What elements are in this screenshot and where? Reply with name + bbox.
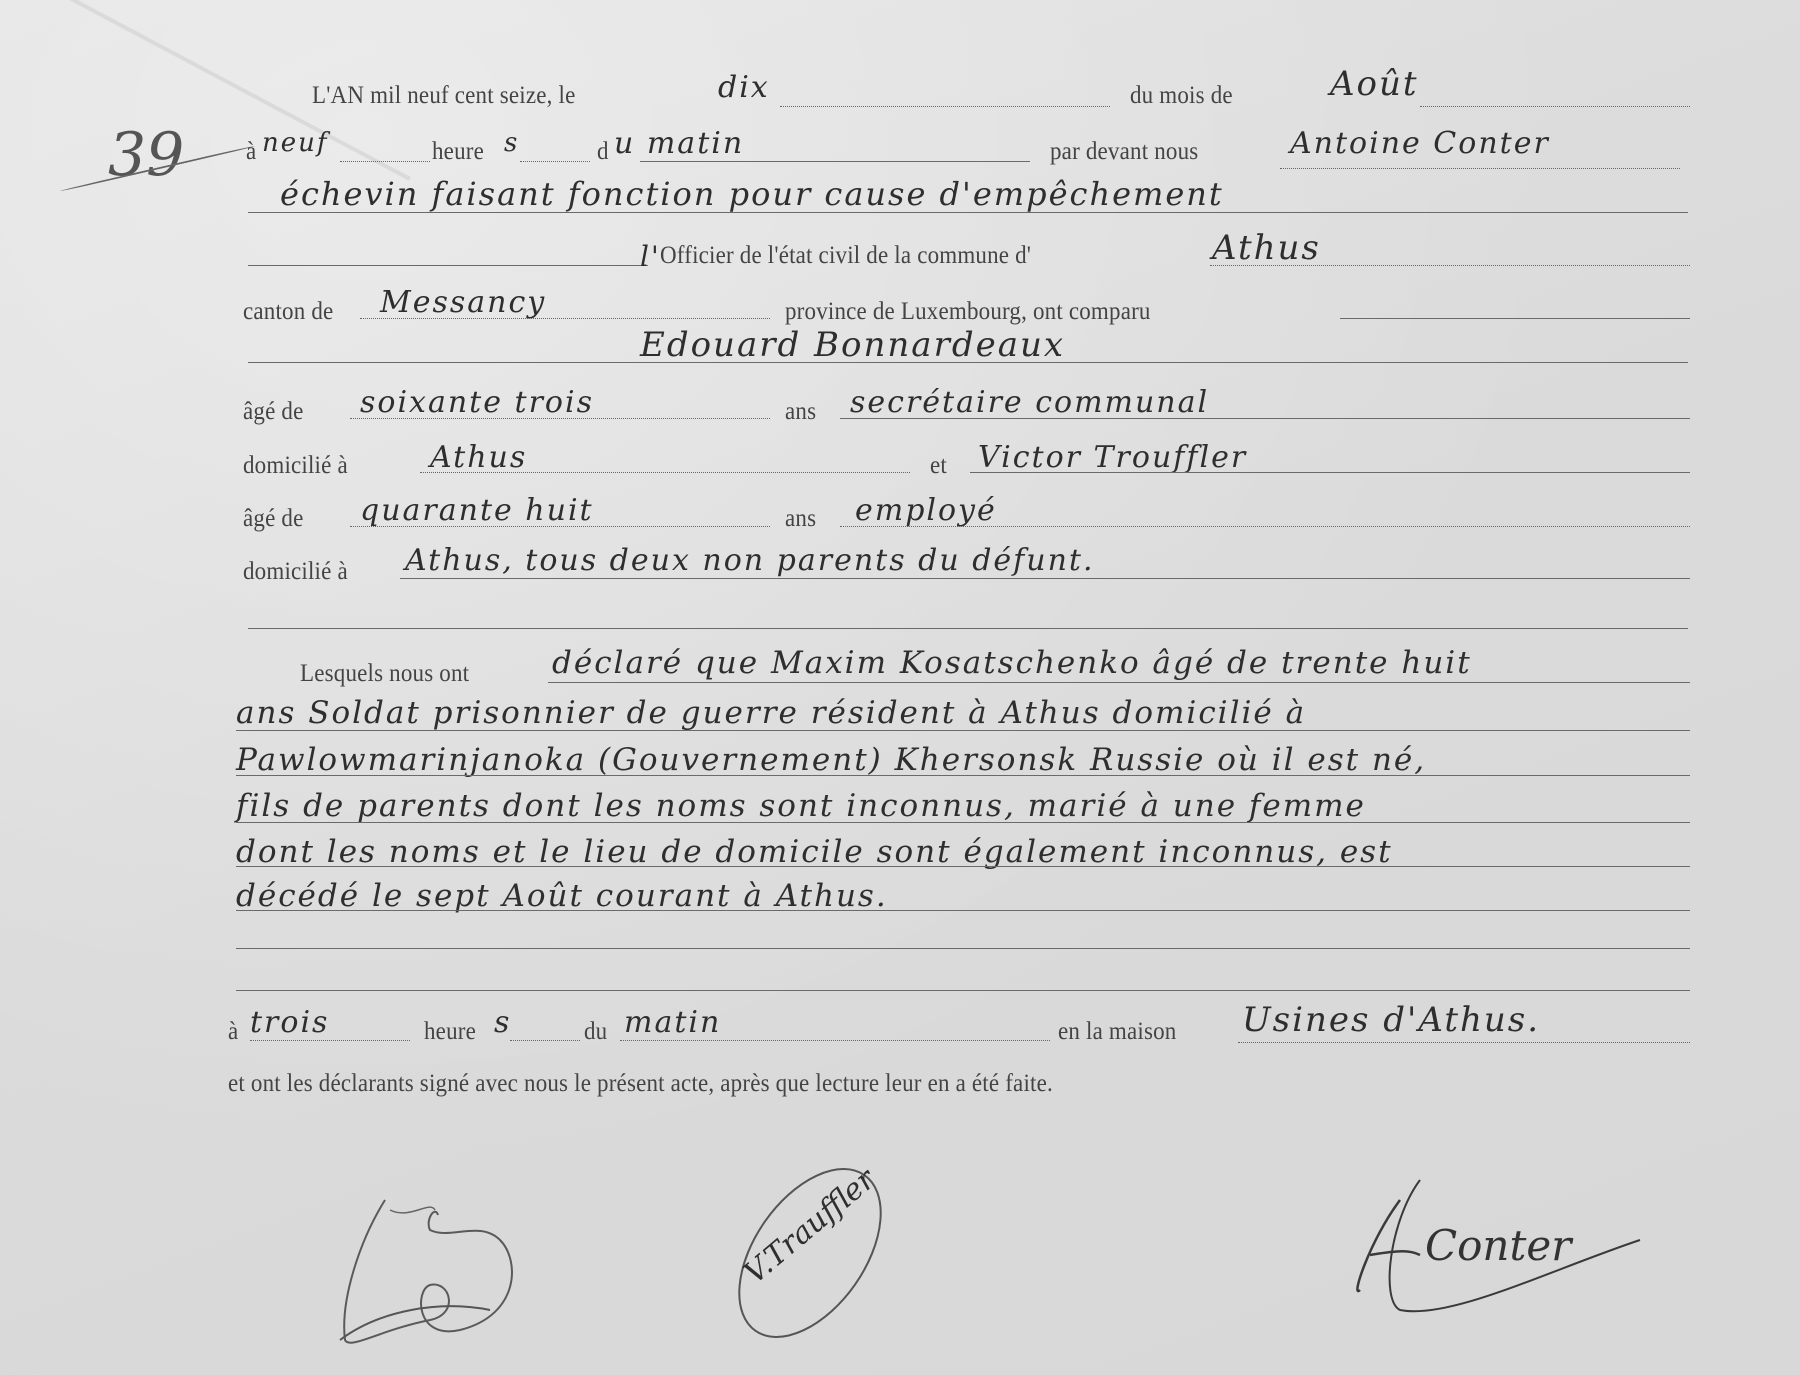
printed-domicile-label: domicilié à <box>243 452 348 480</box>
rule-line <box>236 822 1690 823</box>
printed-ans: ans <box>785 398 816 426</box>
dotted-line <box>1238 1042 1690 1043</box>
handwritten-morning: u matin <box>614 126 744 161</box>
printed-ans-2: ans <box>785 505 816 533</box>
dotted-line <box>350 418 770 419</box>
printed-lesquels: Lesquels nous ont <box>300 660 469 688</box>
dotted-line <box>780 106 1110 107</box>
rule-line <box>236 990 1690 991</box>
handwritten-declaration-4: fils de parents dont les noms sont incon… <box>236 788 1366 824</box>
handwritten-age2: quarante huit <box>360 493 594 528</box>
handwritten-day: dix <box>718 70 770 105</box>
handwritten-declarant1-name: Edouard Bonnardeaux <box>640 325 1065 365</box>
rule-line <box>236 910 1690 911</box>
dotted-line <box>340 161 430 162</box>
printed-closing-statement: et ont les déclarants signé avec nous le… <box>228 1070 1053 1098</box>
rule-line <box>640 161 1030 162</box>
signature-left <box>320 1180 620 1360</box>
rule-line <box>248 212 1688 213</box>
rule-line <box>236 866 1690 867</box>
printed-canton: canton de <box>243 298 333 326</box>
handwritten-l-apostrophe: l' <box>640 240 661 273</box>
printed-et: et <box>930 452 947 480</box>
rule-line <box>236 730 1690 731</box>
printed-age-label: âgé de <box>243 398 303 426</box>
rule-line <box>248 362 1688 363</box>
handwritten-canton: Messancy <box>380 285 546 320</box>
svg-text:Conter: Conter <box>1425 1221 1574 1270</box>
act-number: 39 <box>108 120 184 190</box>
dotted-line <box>350 526 770 527</box>
dotted-line <box>360 318 770 319</box>
dotted-line <box>510 1040 580 1041</box>
printed-age-label-2: âgé de <box>243 505 303 533</box>
handwritten-death-place: Usines d'Athus. <box>1242 1000 1540 1040</box>
printed-par-devant-nous: par devant nous <box>1050 138 1198 166</box>
printed-heure-2: heure <box>424 1018 476 1046</box>
handwritten-occupation1: secrétaire communal <box>850 385 1209 420</box>
handwritten-domicile2: Athus, tous deux non parents du défunt. <box>405 543 1095 578</box>
printed-a: à <box>246 138 256 166</box>
handwritten-s-2: s <box>494 1005 511 1040</box>
document-page: 39 L'AN mil neuf cent seize, le dix du m… <box>0 0 1800 1375</box>
rule-line <box>400 578 1690 579</box>
rule-line <box>1340 318 1690 319</box>
printed-a-2: à <box>228 1018 238 1046</box>
printed-domicile-label-2: domicilié à <box>243 558 348 586</box>
printed-du: du <box>584 1018 607 1046</box>
dotted-line <box>1280 168 1680 169</box>
handwritten-month: Août <box>1330 64 1419 104</box>
printed-province: province de Luxembourg, ont comparu <box>785 298 1151 326</box>
printed-year-label: L'AN mil neuf cent seize, le <box>312 82 575 110</box>
handwritten-hour: neuf <box>262 128 329 158</box>
signature-right: Conter <box>1330 1160 1650 1330</box>
handwritten-s: s <box>504 128 519 158</box>
handwritten-commune: Athus <box>1212 228 1321 268</box>
handwritten-domicile1: Athus <box>430 440 527 475</box>
dotted-line <box>1210 265 1690 266</box>
rule-line <box>840 418 1690 419</box>
dotted-line <box>520 161 590 162</box>
handwritten-role: échevin faisant fonction pour cause d'em… <box>280 175 1224 213</box>
printed-d: d <box>597 138 609 166</box>
rule-line <box>970 472 1690 473</box>
dotted-line <box>840 526 1690 527</box>
dotted-line <box>250 1040 410 1041</box>
signature-center: V.Trauffler <box>700 1165 1000 1345</box>
handwritten-declaration-2: ans Soldat prisonnier de guerre résident… <box>236 695 1306 731</box>
printed-officer-civil: Officier de l'état civil de la commune d… <box>660 242 1031 270</box>
dotted-line <box>1420 106 1690 107</box>
rule-line <box>248 265 648 266</box>
handwritten-declarant2-name: Victor Trouffler <box>978 440 1247 475</box>
handwritten-declaration-5: dont les noms et le lieu de domicile son… <box>236 834 1393 870</box>
handwritten-declaration-1: déclaré que Maxim Kosatschenko âgé de tr… <box>552 645 1472 681</box>
dotted-line <box>620 1040 1050 1041</box>
dotted-line <box>420 472 910 473</box>
handwritten-death-period: matin <box>624 1005 721 1040</box>
handwritten-death-hour: trois <box>250 1005 329 1040</box>
printed-maison: en la maison <box>1058 1018 1176 1046</box>
rule-line <box>248 628 1688 629</box>
handwritten-officer-name: Antoine Conter <box>1290 126 1550 161</box>
handwritten-declaration-6: décédé le sept Août courant à Athus. <box>236 878 888 914</box>
handwritten-declaration-3: Pawlowmarinjanoka (Gouvernement) Kherson… <box>236 742 1426 778</box>
handwritten-age1: soixante trois <box>360 385 594 420</box>
printed-month-label: du mois de <box>1130 82 1233 110</box>
rule-line <box>548 682 1690 683</box>
printed-heure: heure <box>432 138 484 166</box>
rule-line <box>236 948 1690 949</box>
handwritten-occupation2: employé <box>855 493 997 528</box>
rule-line <box>236 775 1690 776</box>
